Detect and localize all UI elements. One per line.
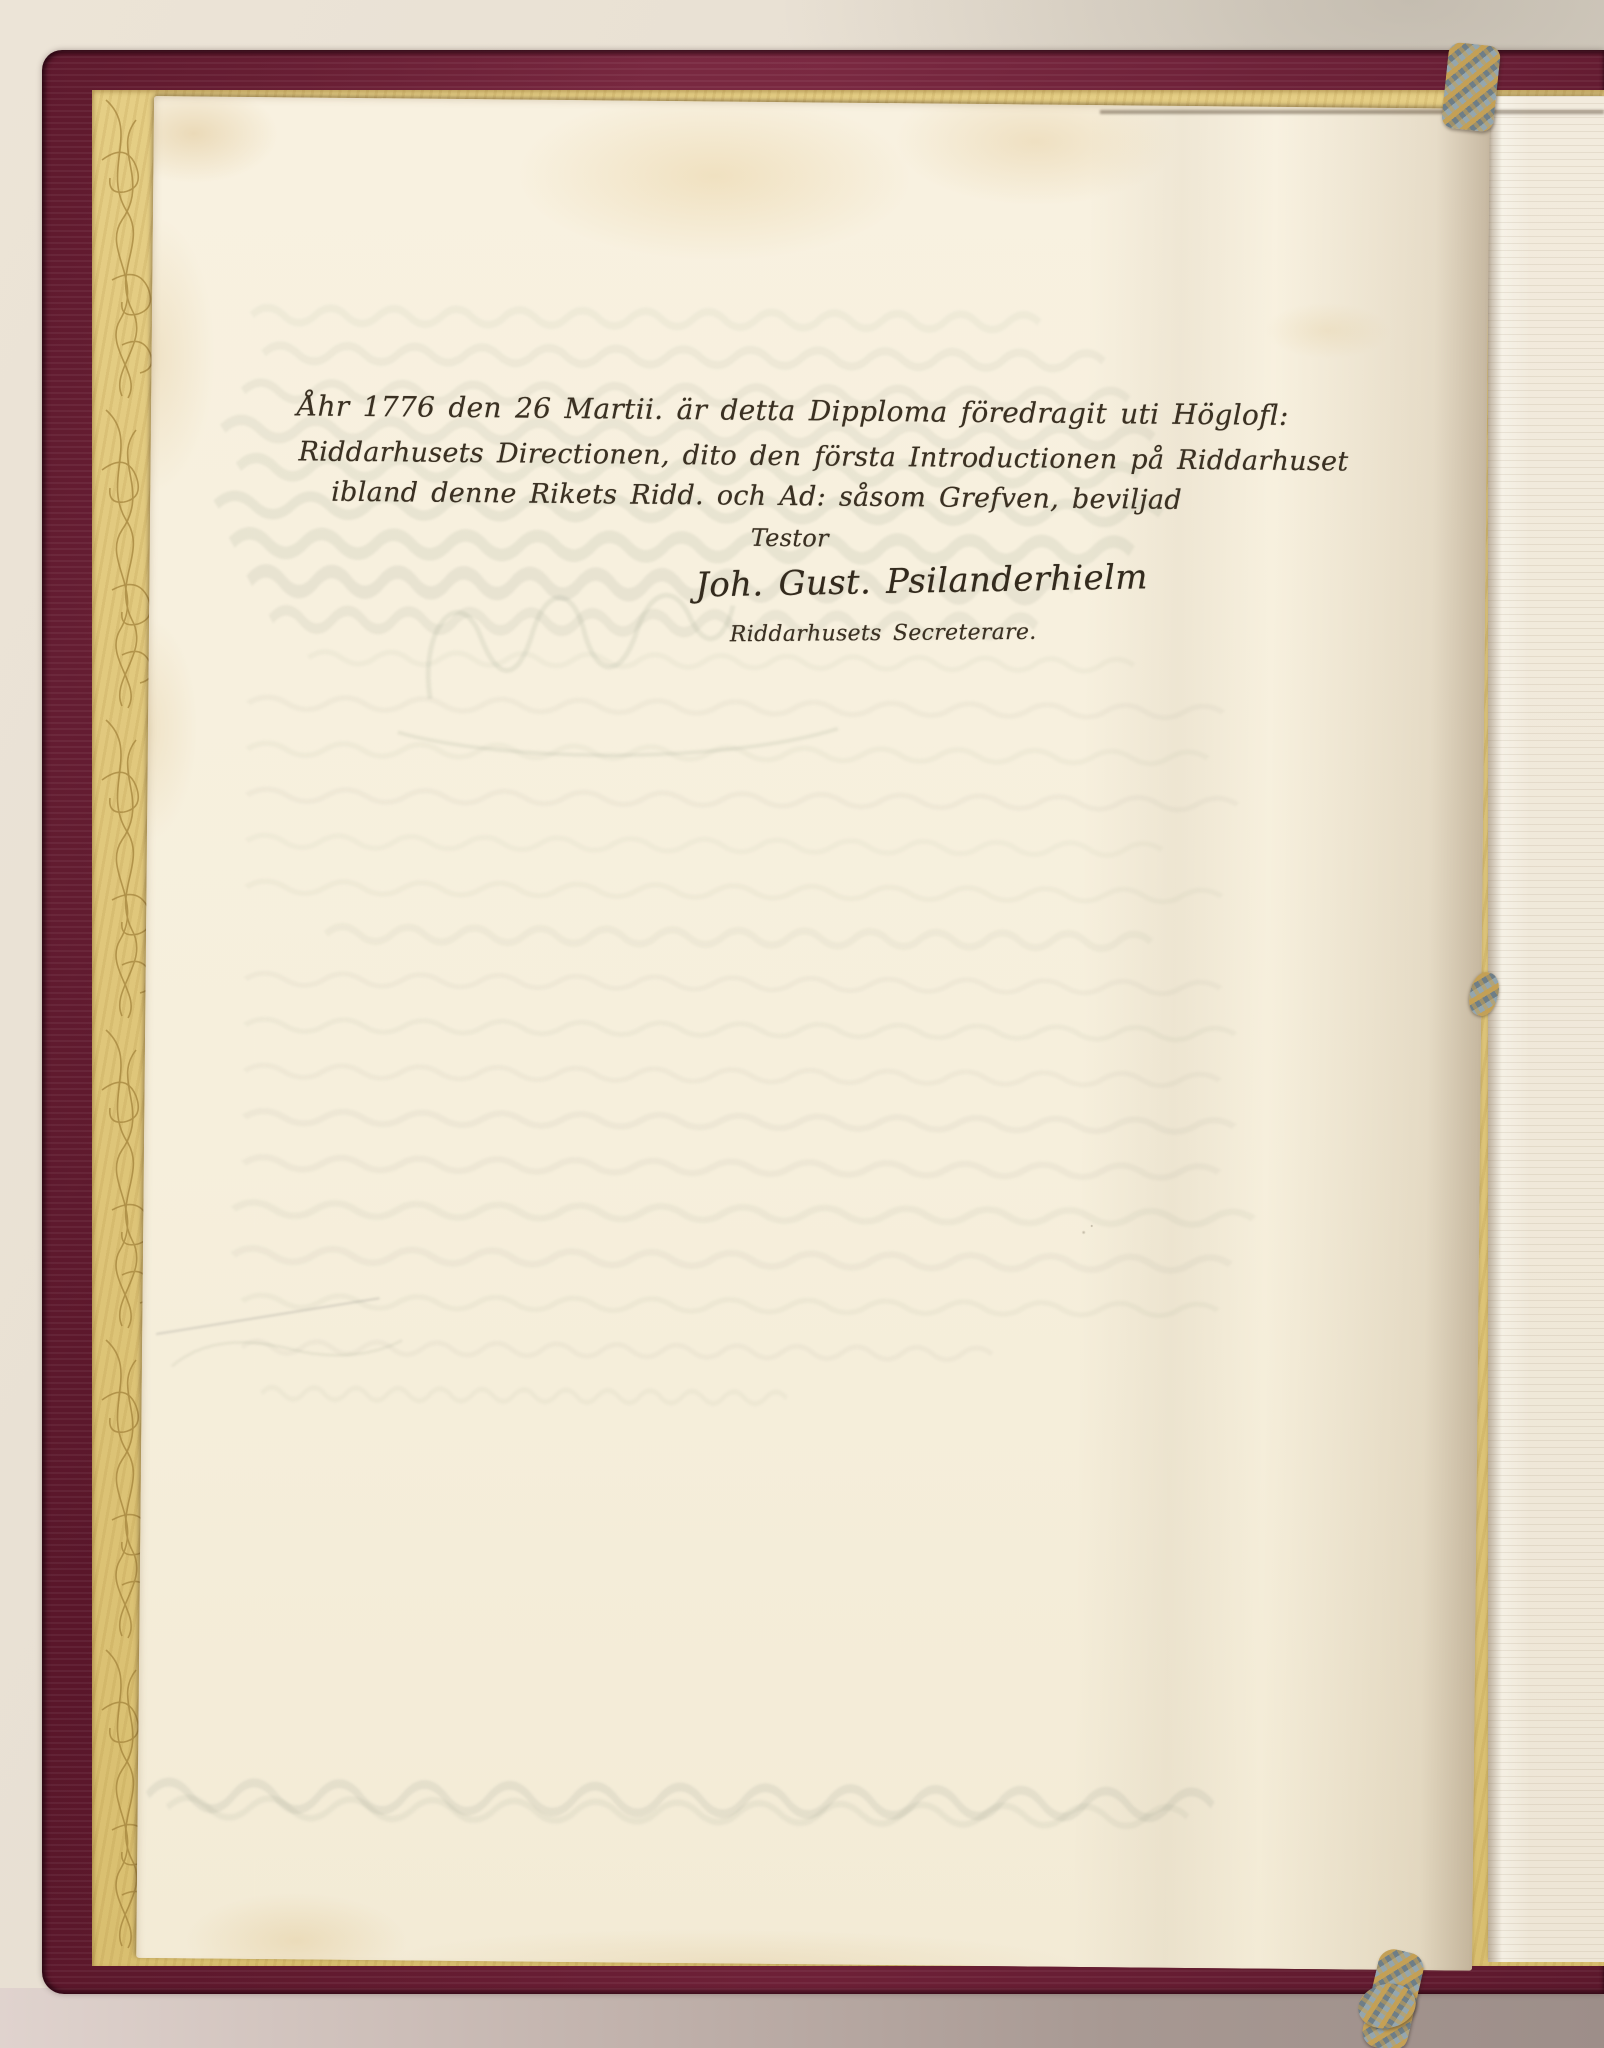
bookmark-cord-top xyxy=(1441,42,1502,133)
secretary-signature: Joh. Gust. Psilanderhielm xyxy=(695,557,1148,605)
scanned-manuscript-photo: Åhr 1776 den 26 Martii. är detta Dipplom… xyxy=(0,0,1604,2048)
attest-word: Testor xyxy=(751,524,829,553)
facing-endpaper-laid-paper xyxy=(1488,96,1604,1962)
page-top-shadow xyxy=(1100,110,1604,114)
signature-title: Riddarhusets Secreterare. xyxy=(730,620,1037,647)
manuscript-page: Åhr 1776 den 26 Martii. är detta Dipplom… xyxy=(136,96,1490,1971)
bleedthrough-ghost-text xyxy=(136,96,1490,1971)
